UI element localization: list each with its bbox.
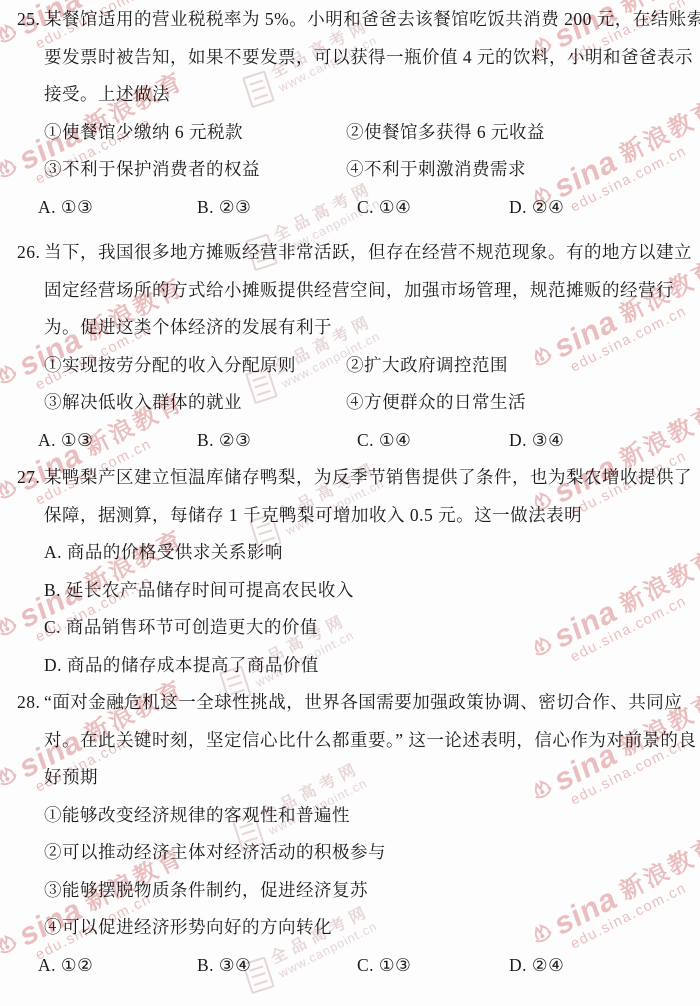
option-d: D. 商品的储存成本提高了商品价值 (17, 647, 700, 685)
statement-1: ①能够改变经济规律的客观性和普遍性 (17, 797, 700, 835)
statement-row: ①使餐馆少缴纳 6 元税款②使餐馆多获得 6 元收益 (17, 114, 700, 152)
answer-row: A. ①③B. ②③C. ①④D. ③④ (17, 422, 700, 460)
statement-3: ③能够摆脱物质条件制约，促进经济复苏 (17, 872, 700, 910)
answer-c: C. ①④ (357, 422, 509, 460)
statement-row: ③不利于保护消费者的权益④不利于刺激消费需求 (17, 151, 700, 189)
question-number: 27. (17, 459, 44, 497)
answer-b: B. ②③ (197, 189, 357, 227)
statement-2: ②使餐馆多获得 6 元收益 (346, 122, 545, 142)
question-line: 保障，据测算，每储存 1 千克鸭梨可增加收入 0.5 元。这一做法表明 (17, 497, 700, 535)
question-line: 对。在此关键时刻，坚定信心比什么都重要。” 这一论述表明，信心作为对前景的良 (17, 722, 700, 760)
answer-c: C. ①③ (357, 947, 509, 985)
statement-1: ①使餐馆少缴纳 6 元税款 (44, 114, 346, 152)
statement-2: ②扩大政府调控范围 (346, 355, 508, 375)
statement-row: ③解决低收入群体的就业④方便群众的日常生活 (17, 384, 700, 422)
question-line: 28.“面对金融危机这一全球性挑战，世界各国需要加强政策协调、密切合作、共同应 (17, 684, 700, 722)
answer-c: C. ①④ (357, 189, 509, 227)
question-line: 26.当下，我国很多地方摊贩经营非常活跃，但存在经营不规范现象。有的地方以建立 (17, 234, 700, 272)
question-25: 25.某餐馆适用的营业税税率为 5%。小明和爸爸去该餐馆吃饭共消费 200 元，… (17, 1, 700, 226)
answer-d: D. ②④ (509, 189, 564, 227)
answer-row: A. ①②B. ③④C. ①③D. ②④ (17, 947, 700, 985)
answer-d: D. ③④ (509, 422, 564, 460)
question-text: 某餐馆适用的营业税税率为 5%。小明和爸爸去该餐馆吃饭共消费 200 元，在结账… (44, 9, 700, 29)
question-line: 为。促进这类个体经济的发展有利于 (17, 309, 700, 347)
statement-row: ①实现按劳分配的收入分配原则②扩大政府调控范围 (17, 347, 700, 385)
question-text: “面对金融危机这一全球性挑战，世界各国需要加强政策协调、密切合作、共同应 (44, 692, 682, 712)
answer-row: A. ①③B. ②③C. ①④D. ②④ (17, 189, 700, 227)
statement-3: ③不利于保护消费者的权益 (44, 151, 346, 189)
statement-2: ②可以推动经济主体对经济活动的积极参与 (17, 834, 700, 872)
question-number: 28. (17, 684, 44, 722)
question-27: 27.某鸭梨产区建立恒温库储存鸭梨，为反季节销售提供了条件，也为梨农增收提供了 … (17, 459, 700, 684)
question-26: 26.当下，我国很多地方摊贩经营非常活跃，但存在经营不规范现象。有的地方以建立 … (17, 234, 700, 459)
statement-1: ①实现按劳分配的收入分配原则 (44, 347, 346, 385)
question-line: 25.某餐馆适用的营业税税率为 5%。小明和爸爸去该餐馆吃饭共消费 200 元，… (17, 1, 700, 39)
answer-a: A. ①② (38, 947, 197, 985)
answer-d: D. ②④ (509, 947, 564, 985)
statement-4: ④方便群众的日常生活 (346, 392, 526, 412)
option-b: B. 延长农产品储存时间可提高农民收入 (17, 572, 700, 610)
question-text: 某鸭梨产区建立恒温库储存鸭梨，为反季节销售提供了条件，也为梨农增收提供了 (44, 467, 692, 487)
statement-3: ③解决低收入群体的就业 (44, 384, 346, 422)
question-line: 27.某鸭梨产区建立恒温库储存鸭梨，为反季节销售提供了条件，也为梨农增收提供了 (17, 459, 700, 497)
question-line: 固定经营场所的方式给小摊贩提供经营空间，加强市场管理，规范摊贩的经营行 (17, 272, 700, 310)
question-28: 28.“面对金融危机这一全球性挑战，世界各国需要加强政策协调、密切合作、共同应 … (17, 684, 700, 984)
answer-a: A. ①③ (38, 189, 197, 227)
statement-4: ④可以促进经济形势向好的方向转化 (17, 909, 700, 947)
statement-4: ④不利于刺激消费需求 (346, 159, 526, 179)
question-line: 好预期 (17, 759, 700, 797)
question-line: 接受。上述做法 (17, 76, 700, 114)
exam-page: 25.某餐馆适用的营业税税率为 5%。小明和爸爸去该餐馆吃饭共消费 200 元，… (0, 0, 700, 984)
answer-b: B. ③④ (197, 947, 357, 985)
answer-a: A. ①③ (38, 422, 197, 460)
answer-b: B. ②③ (197, 422, 357, 460)
option-a: A. 商品的价格受供求关系影响 (17, 534, 700, 572)
question-number: 26. (17, 234, 44, 272)
question-line: 要发票时被告知，如果不要发票，可以获得一瓶价值 4 元的饮料，小明和爸爸表示 (17, 39, 700, 77)
question-number: 25. (17, 1, 44, 39)
option-c: C. 商品销售环节可创造更大的价值 (17, 609, 700, 647)
question-text: 当下，我国很多地方摊贩经营非常活跃，但存在经营不规范现象。有的地方以建立 (44, 242, 692, 262)
